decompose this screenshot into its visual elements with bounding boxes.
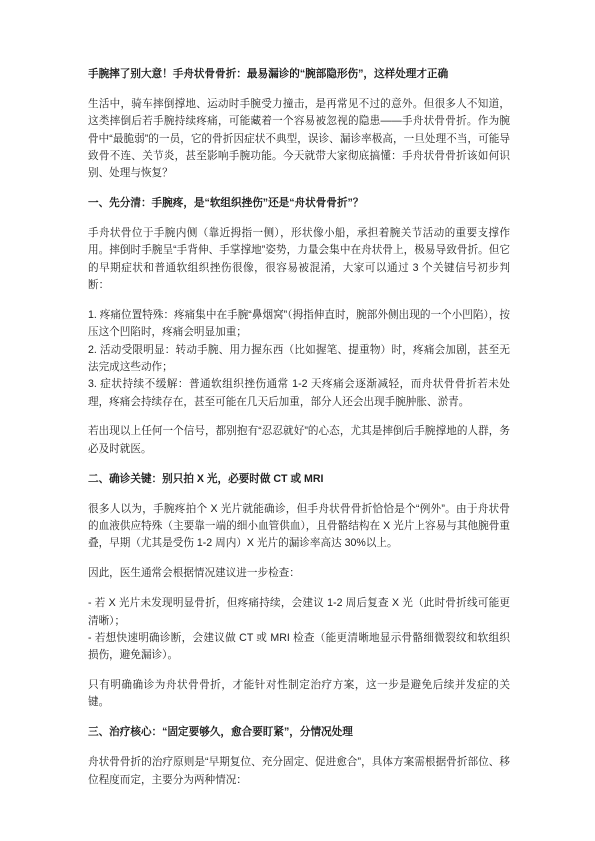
- paragraph-advice: 若出现以上任何一个信号，都别抱有“忍忍就好”的心态，尤其是摔倒后手腕撑地的人群，…: [88, 423, 510, 458]
- doc-title: 手腕摔了别大意！手舟状骨骨折：最易漏诊的“腕部隐形伤”，这样处理才正确: [88, 66, 510, 83]
- paragraph-further-exam: 因此，医生通常会根据情况建议进一步检查：: [88, 565, 510, 582]
- signal-item-2: 2. 活动受限明显：转动手腕、用力握东西（比如握笔、提重物）时，疼痛会加剧，甚至…: [88, 342, 510, 377]
- signal-list: 1. 疼痛位置特殊：疼痛集中在手腕“鼻烟窝”（拇指伸直时，腕部外侧出现的一个小凹…: [88, 307, 510, 411]
- section-heading-2: 二、确诊关键：别只拍 X 光，必要时做 CT 或 MRI: [88, 471, 510, 488]
- signal-item-1: 1. 疼痛位置特殊：疼痛集中在手腕“鼻烟窝”（拇指伸直时，腕部外侧出现的一个小凹…: [88, 307, 510, 342]
- section-heading-3: 三、治疗核心：“固定要够久，愈合要盯紧”，分情况处理: [88, 724, 510, 741]
- signal-item-3: 3. 症状持续不缓解：普通软组织挫伤通常 1-2 天疼痛会逐渐减轻，而舟状骨骨折…: [88, 376, 510, 411]
- exam-list: - 若 X 光片未发现明显骨折，但疼痛持续，会建议 1-2 周后复查 X 光（此…: [88, 595, 510, 664]
- paragraph-treatment-principle: 舟状骨骨折的治疗原则是“早期复位、充分固定、促进愈合”，具体方案需根据骨折部位、…: [88, 754, 510, 789]
- paragraph-anatomy: 手舟状骨位于手腕内侧（靠近拇指一侧），形状像小船，承担着腕关节活动的重要支撑作用…: [88, 225, 510, 294]
- exam-item-1: - 若 X 光片未发现明显骨折，但疼痛持续，会建议 1-2 周后复查 X 光（此…: [88, 595, 510, 630]
- exam-item-2: - 若想快速明确诊断，会建议做 CT 或 MRI 检查（能更清晰地显示骨骼细微裂…: [88, 630, 510, 665]
- section-heading-1: 一、先分清：手腕疼，是“软组织挫伤”还是“舟状骨骨折”？: [88, 195, 510, 212]
- document-page: 手腕摔了别大意！手舟状骨骨折：最易漏诊的“腕部隐形伤”，这样处理才正确 生活中，…: [0, 0, 595, 841]
- paragraph-xray: 很多人以为，手腕疼拍个 X 光片就能确诊，但手舟状骨骨折恰恰是个“例外”。由于舟…: [88, 501, 510, 553]
- paragraph-diagnosis-key: 只有明确确诊为舟状骨骨折，才能针对性制定治疗方案，这一步是避免后续并发症的关键。: [88, 677, 510, 712]
- paragraph-intro: 生活中，骑车摔倒撑地、运动时手腕受力撞击，是再常见不过的意外。但很多人不知道，这…: [88, 96, 510, 182]
